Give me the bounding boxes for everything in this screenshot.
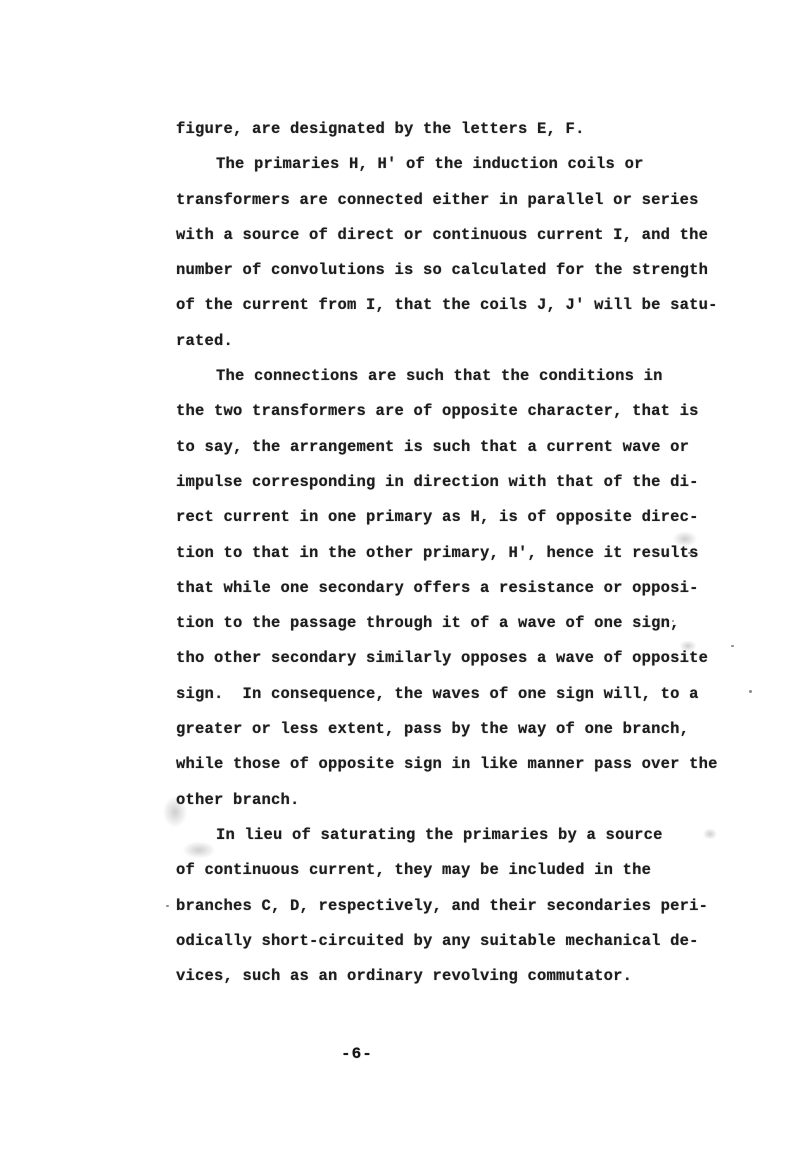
text-line: The primaries H, H' of the induction coi… bbox=[176, 147, 756, 182]
text-line: transformers are connected either in par… bbox=[176, 183, 756, 218]
text-line: while those of opposite sign in like man… bbox=[176, 747, 756, 782]
text-line: of the current from I, that the coils J,… bbox=[176, 288, 756, 323]
text-line: greater or less extent, pass by the way … bbox=[176, 712, 756, 747]
text-line: In lieu of saturating the primaries by a… bbox=[176, 818, 756, 853]
page-number: -6- bbox=[341, 1045, 373, 1063]
text-line: vices, such as an ordinary revolving com… bbox=[176, 959, 756, 994]
text-line: tion to that in the other primary, H', h… bbox=[176, 536, 756, 571]
text-line: The connections are such that the condit… bbox=[176, 359, 756, 394]
text-line: number of convolutions is so calculated … bbox=[176, 253, 756, 288]
text-line: impulse corresponding in direction with … bbox=[176, 465, 756, 500]
text-line: to say, the arrangement is such that a c… bbox=[176, 430, 756, 465]
text-line: sign. In consequence, the waves of one s… bbox=[176, 677, 756, 712]
scan-speck bbox=[166, 905, 169, 907]
text-line: rated. bbox=[176, 324, 756, 359]
text-line: branches C, D, respectively, and their s… bbox=[176, 889, 756, 924]
text-line: of continuous current, they may be inclu… bbox=[176, 853, 756, 888]
text-line: odically short-circuited by any suitable… bbox=[176, 924, 756, 959]
text-line: tion to the passage through it of a wave… bbox=[176, 606, 756, 641]
text-line: that while one secondary offers a resist… bbox=[176, 571, 756, 606]
document-page: figure, are designated by the letters E,… bbox=[0, 0, 807, 1152]
text-line: rect current in one primary as H, is of … bbox=[176, 500, 756, 535]
text-line: figure, are designated by the letters E,… bbox=[176, 112, 756, 147]
text-line: tho other secondary similarly opposes a … bbox=[176, 641, 756, 676]
text-line: the two transformers are of opposite cha… bbox=[176, 394, 756, 429]
typewritten-text-block: figure, are designated by the letters E,… bbox=[176, 112, 756, 994]
text-line: with a source of direct or continuous cu… bbox=[176, 218, 756, 253]
text-line: other branch. bbox=[176, 783, 756, 818]
